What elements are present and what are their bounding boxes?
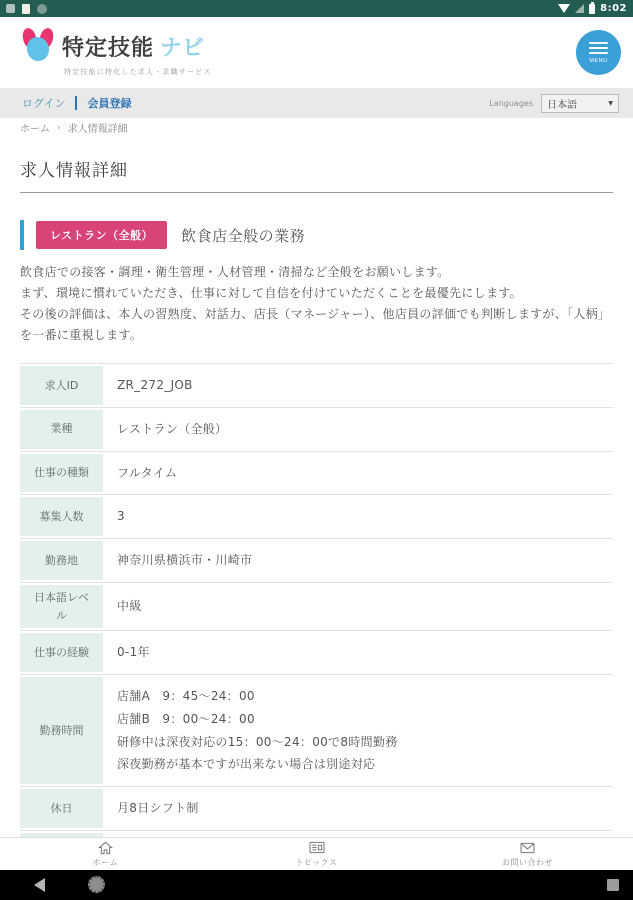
detail-row: 日本語レベル中級: [20, 583, 613, 631]
detail-row: 勤務時間店舗A 9：45～24：00 店舗B 9：00～24：00 研修中は深夜…: [20, 675, 613, 787]
menu-button[interactable]: MENU: [576, 30, 621, 75]
detail-value: 店舗A 9：45～24：00 店舗B 9：00～24：00 研修中は深夜対応の1…: [103, 675, 613, 786]
logo-bird-icon: [20, 28, 56, 64]
bottom-nav-label: ホーム: [93, 857, 119, 868]
job-description-line: 飲食店での接客・調理・衛生管理・人材管理・清掃など全般をお願いします。: [20, 262, 615, 283]
chevron-down-icon: ▼: [608, 100, 613, 107]
site-logo[interactable]: 特定技能ナビ 特定技能に特化した求人・求職サービス: [20, 28, 212, 77]
page-title: 求人情報詳細: [20, 156, 128, 181]
detail-row: 業種レストラン（全般）: [20, 408, 613, 452]
job-header: レストラン（全般） 飲食店全般の業務: [20, 220, 613, 250]
job-title: 飲食店全般の業務: [181, 225, 305, 246]
detail-value: フルタイム: [103, 452, 613, 495]
home-icon: [98, 841, 114, 855]
breadcrumb-home-link[interactable]: ホーム: [20, 120, 50, 135]
job-detail-table: 求人IDZR_272_JOB業種レストラン（全般）仕事の種類フルタイム募集人数3…: [20, 363, 613, 885]
detail-label: 勤務地: [20, 541, 103, 580]
register-link[interactable]: 会員登録: [87, 95, 131, 111]
bottom-nav-label: トピックス: [295, 857, 337, 868]
account-bar: ログイン 会員登録 Languages 日本語 ▼: [0, 88, 633, 118]
android-home-button[interactable]: [88, 876, 105, 893]
job-category-badge: レストラン（全般）: [36, 221, 167, 249]
language-select[interactable]: 日本語 ▼: [541, 94, 619, 113]
divider: [20, 192, 613, 193]
bottom-nav-contact[interactable]: お問い合わせ: [422, 838, 633, 870]
bottom-nav: ホーム トピックス お問い合わせ: [0, 837, 633, 870]
detail-row: 仕事の経験0-1年: [20, 631, 613, 675]
detail-row: 募集人数3: [20, 495, 613, 539]
detail-label: 勤務時間: [20, 677, 103, 784]
android-status-bar: 8:02: [0, 0, 633, 17]
detail-row: 仕事の種類フルタイム: [20, 452, 613, 496]
job-description: 飲食店での接客・調理・衛生管理・人材管理・清掃など全般をお願いします。まず、環境…: [20, 262, 615, 346]
detail-value: 0-1年: [103, 631, 613, 674]
detail-value: レストラン（全般）: [103, 408, 613, 451]
detail-label: 募集人数: [20, 497, 103, 536]
menu-button-label: MENU: [589, 58, 607, 64]
logo-tagline: 特定技能に特化した求人・求職サービス: [64, 67, 212, 77]
notification-icon: [22, 4, 30, 14]
detail-value: 月8日シフト制: [103, 787, 613, 830]
detail-row: 勤務地神奈川県横浜市・川崎市: [20, 539, 613, 583]
notification-icon: [37, 4, 47, 14]
breadcrumb: ホーム › 求人情報詳細: [20, 120, 128, 135]
wifi-icon: [558, 4, 570, 13]
divider: [75, 96, 77, 110]
screen: 8:02 特定技能ナビ 特定技能に特化した求人・求職サービス MENU ログイン…: [0, 0, 633, 900]
accent-bar: [20, 220, 24, 250]
detail-label: 仕事の経験: [20, 633, 103, 672]
android-back-button[interactable]: [34, 878, 45, 892]
topics-icon: [309, 841, 325, 855]
breadcrumb-current: 求人情報詳細: [68, 120, 128, 135]
bottom-nav-label: お問い合わせ: [502, 857, 553, 868]
android-recents-button[interactable]: [607, 879, 619, 891]
detail-label: 日本語レベル: [20, 585, 103, 628]
detail-label: 仕事の種類: [20, 454, 103, 493]
language-selected-value: 日本語: [547, 96, 577, 111]
detail-value: ZR_272_JOB: [103, 364, 613, 407]
detail-value: 神奈川県横浜市・川崎市: [103, 539, 613, 582]
hamburger-icon: [589, 42, 608, 45]
job-description-line: その後の評価は、本人の習熟度、対話力、店長（マネージャー）、他店員の評価でも判断…: [20, 304, 615, 346]
login-link[interactable]: ログイン: [22, 95, 65, 111]
logo-accent-text: ナビ: [160, 31, 204, 62]
detail-label: 業種: [20, 410, 103, 449]
detail-value: 中級: [103, 583, 613, 630]
breadcrumb-separator: ›: [57, 123, 61, 133]
detail-value: 3: [103, 495, 613, 538]
job-description-line: まず、環境に慣れていただき、仕事に対して自信を付けていただくことを最優先にします…: [20, 283, 615, 304]
bottom-nav-topics[interactable]: トピックス: [211, 838, 422, 870]
notification-icon: [6, 4, 15, 13]
battery-icon: [589, 4, 595, 14]
detail-label: 求人ID: [20, 366, 103, 405]
cell-signal-icon: [575, 4, 584, 13]
bottom-nav-home[interactable]: ホーム: [0, 838, 211, 870]
logo-text: 特定技能: [62, 31, 154, 62]
languages-label: Languages: [489, 99, 533, 108]
android-nav-bar: [0, 870, 633, 900]
status-clock: 8:02: [600, 3, 627, 14]
app-header: 特定技能ナビ 特定技能に特化した求人・求職サービス MENU: [0, 17, 633, 88]
detail-label: 休日: [20, 789, 103, 828]
detail-row: 求人IDZR_272_JOB: [20, 364, 613, 408]
detail-row: 休日月8日シフト制: [20, 787, 613, 831]
status-notification-icons: [6, 4, 47, 14]
contact-icon: [520, 841, 536, 855]
